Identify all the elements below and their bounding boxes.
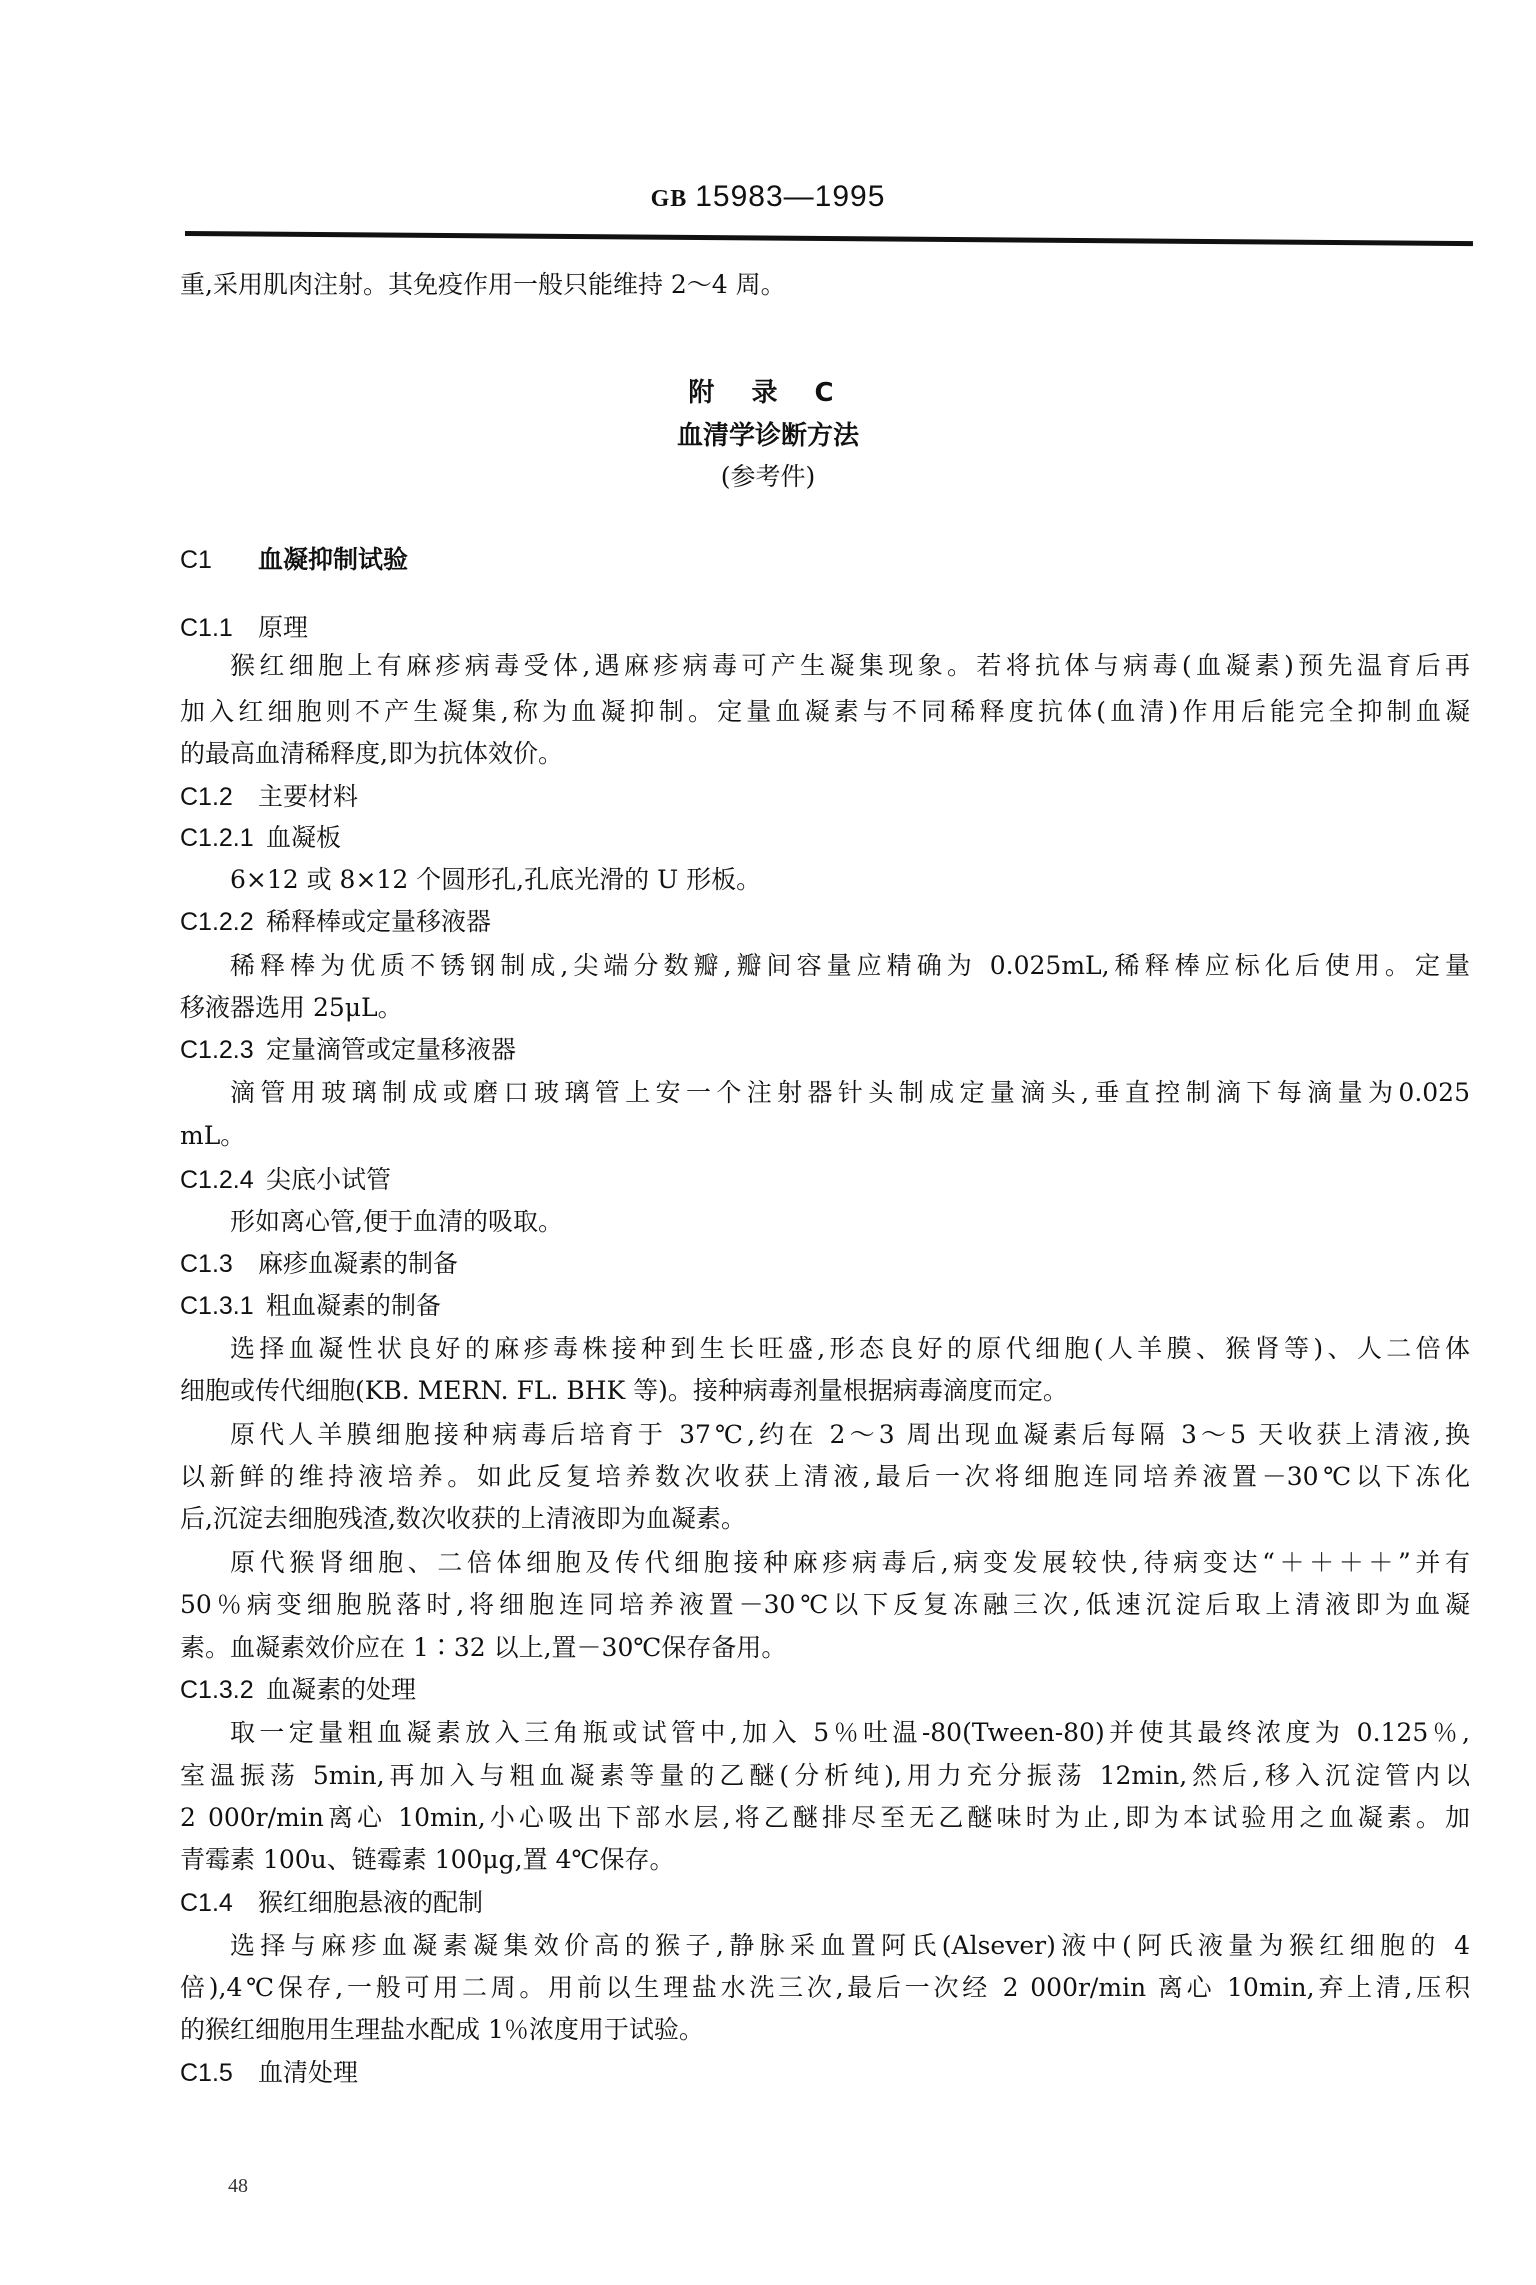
section-number: C1.3 bbox=[180, 1249, 252, 1279]
section-heading-c1-2-3: C1.2.3定量滴管或定量移液器 bbox=[180, 1035, 1470, 1065]
section-title: 麻疹血凝素的制备 bbox=[258, 1249, 458, 1278]
paragraph-line: 素。血凝素效价应在 1∶32 以上,置－30℃保存备用。 bbox=[180, 1633, 1470, 1663]
section-heading-c1-2-4: C1.2.4尖底小试管 bbox=[180, 1165, 1470, 1195]
section-number: C1.2.4 bbox=[180, 1165, 260, 1195]
section-heading-c1-3: C1.3麻疹血凝素的制备 bbox=[180, 1249, 1470, 1279]
paragraph-line: mL。 bbox=[180, 1121, 1470, 1151]
section-title: 粗血凝素的制备 bbox=[266, 1291, 441, 1320]
paragraph-line: 细胞或传代细胞(KB. MERN. FL. BHK 等)。接种病毒剂量根据病毒滴… bbox=[180, 1376, 1470, 1406]
section-number: C1.2 bbox=[180, 782, 252, 812]
paragraph-line: 后,沉淀去细胞残渣,数次收获的上清液即为血凝素。 bbox=[180, 1504, 1470, 1534]
paragraph-line: 以新鲜的维持液培养。如此反复培养数次收获上清液,最后一次将细胞连同培养液置－30… bbox=[180, 1462, 1470, 1492]
paragraph-line: 选择与麻疹血凝素凝集效价高的猴子,静脉采血置阿氏(Alsever)液中(阿氏液量… bbox=[230, 1931, 1470, 1961]
section-heading-c1-2: C1.2主要材料 bbox=[180, 782, 1470, 812]
paragraph-line: 滴管用玻璃制成或磨口玻璃管上安一个注射器针头制成定量滴头,垂直控制滴下每滴量为0… bbox=[230, 1078, 1470, 1108]
section-title: 血凝素的处理 bbox=[266, 1675, 416, 1704]
paragraph-line: 倍),4℃保存,一般可用二周。用前以生理盐水洗三次,最后一次经 2 000r/m… bbox=[180, 1973, 1470, 2003]
section-heading-c1-2-2: C1.2.2稀释棒或定量移液器 bbox=[180, 907, 1470, 937]
paragraph-line: 50％病变细胞脱落时,将细胞连同培养液置－30℃以下反复冻融三次,低速沉淀后取上… bbox=[180, 1590, 1470, 1620]
annex-title: 附 录 C bbox=[0, 378, 1536, 408]
page-number: 48 bbox=[228, 2175, 248, 2198]
section-title: 血清处理 bbox=[258, 2058, 358, 2087]
paragraph-line: 选择血凝性状良好的麻疹毒株接种到生长旺盛,形态良好的原代细胞(人羊膜、猴肾等)、… bbox=[230, 1334, 1470, 1364]
paragraph-line: 的最高血清稀释度,即为抗体效价。 bbox=[180, 739, 1470, 769]
section-number: C1 bbox=[180, 545, 252, 575]
section-title: 原理 bbox=[258, 613, 308, 642]
header-rule bbox=[185, 231, 1473, 246]
section-number: C1.4 bbox=[180, 1888, 252, 1918]
paragraph-line: 室温振荡 5min,再加入与粗血凝素等量的乙醚(分析纯),用力充分振荡 12mi… bbox=[180, 1761, 1470, 1791]
paragraph-line: 形如离心管,便于血清的吸取。 bbox=[230, 1207, 1470, 1237]
standard-header: GB15983—1995 bbox=[0, 180, 1536, 214]
paragraph-line: 的猴红细胞用生理盐水配成 1％浓度用于试验。 bbox=[180, 2015, 1470, 2045]
section-number: C1.3.2 bbox=[180, 1675, 260, 1705]
paragraph-line: 加入红细胞则不产生凝集,称为血凝抑制。定量血凝素与不同稀释度抗体(血清)作用后能… bbox=[180, 697, 1470, 727]
paragraph-line: 原代猴肾细胞、二倍体细胞及传代细胞接种麻疹病毒后,病变发展较快,待病变达“＋＋＋… bbox=[230, 1548, 1470, 1578]
section-heading-c1-5: C1.5血清处理 bbox=[180, 2058, 1470, 2088]
section-title: 血凝抑制试验 bbox=[258, 545, 408, 574]
annex-subtitle: 血清学诊断方法 bbox=[0, 421, 1536, 451]
section-title: 尖底小试管 bbox=[266, 1165, 391, 1194]
section-number: C1.2.1 bbox=[180, 823, 260, 853]
section-number: C1.5 bbox=[180, 2058, 252, 2088]
document-page: GB15983—1995 重,采用肌肉注射。其免疫作用一般只能维持 2～4 周。… bbox=[0, 0, 1536, 2285]
section-heading-c1-1: C1.1原理 bbox=[180, 613, 1470, 643]
section-heading-c1-3-2: C1.3.2血凝素的处理 bbox=[180, 1675, 1470, 1705]
section-title: 猴红细胞悬液的配制 bbox=[258, 1888, 483, 1917]
paragraph-line: 猴红细胞上有麻疹病毒受体,遇麻疹病毒可产生凝集现象。若将抗体与病毒(血凝素)预先… bbox=[230, 651, 1470, 681]
section-number: C1.1 bbox=[180, 613, 252, 643]
section-title: 稀释棒或定量移液器 bbox=[266, 907, 491, 936]
paragraph-line: 取一定量粗血凝素放入三角瓶或试管中,加入 5％吐温-80(Tween-80)并使… bbox=[230, 1718, 1470, 1748]
section-heading-c1-4: C1.4猴红细胞悬液的配制 bbox=[180, 1888, 1470, 1918]
section-heading-c1-3-1: C1.3.1粗血凝素的制备 bbox=[180, 1291, 1470, 1321]
paragraph-line: 原代人羊膜细胞接种病毒后培育于 37℃,约在 2～3 周出现血凝素后每隔 3～5… bbox=[230, 1420, 1470, 1450]
section-number: C1.2.3 bbox=[180, 1035, 260, 1065]
standard-number: 15983—1995 bbox=[695, 180, 885, 213]
paragraph-line: 2 000r/min离心 10min,小心吸出下部水层,将乙醚排尽至无乙醚味时为… bbox=[180, 1803, 1470, 1833]
section-number: C1.3.1 bbox=[180, 1291, 260, 1321]
section-title: 定量滴管或定量移液器 bbox=[266, 1035, 516, 1064]
section-number: C1.2.2 bbox=[180, 907, 260, 937]
paragraph-line: 移液器选用 25μL。 bbox=[180, 993, 1470, 1023]
section-title: 主要材料 bbox=[258, 782, 358, 811]
paragraph-line: 青霉素 100u、链霉素 100μg,置 4℃保存。 bbox=[180, 1845, 1470, 1875]
standard-prefix: GB bbox=[651, 186, 688, 212]
section-heading-c1: C1血凝抑制试验 bbox=[180, 545, 1470, 575]
annex-note: (参考件) bbox=[0, 462, 1536, 492]
section-title: 血凝板 bbox=[266, 823, 341, 852]
section-heading-c1-2-1: C1.2.1血凝板 bbox=[180, 823, 1470, 853]
paragraph-line: 6×12 或 8×12 个圆形孔,孔底光滑的 U 形板。 bbox=[230, 865, 1470, 895]
continuation-line: 重,采用肌肉注射。其免疫作用一般只能维持 2～4 周。 bbox=[180, 270, 1470, 300]
paragraph-line: 稀释棒为优质不锈钢制成,尖端分数瓣,瓣间容量应精确为 0.025mL,稀释棒应标… bbox=[230, 951, 1470, 981]
